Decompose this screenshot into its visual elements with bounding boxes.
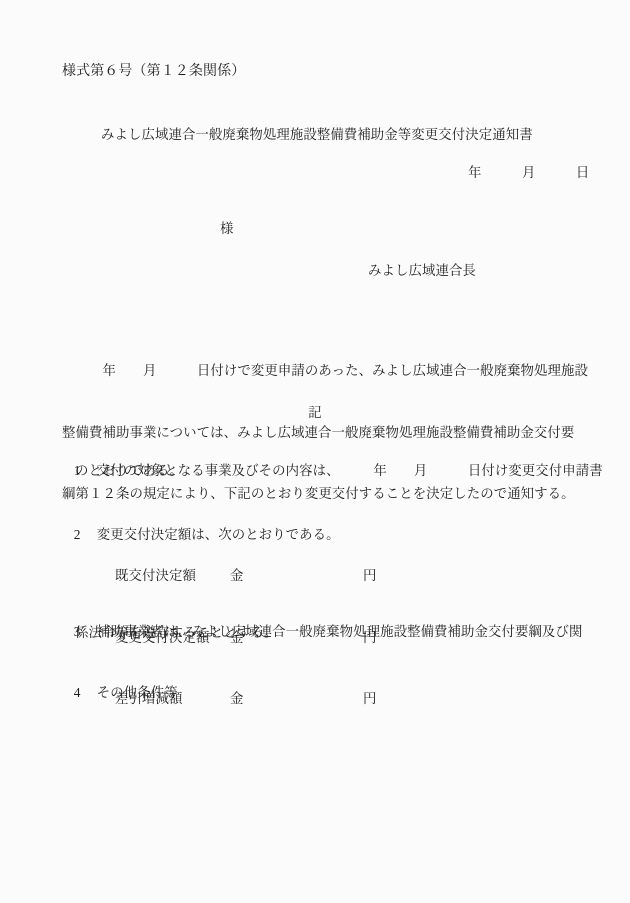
sender-title: みよし広域連合長: [368, 261, 476, 281]
document-page: 様式第６号（第１２条関係） みよし広域連合一般廃棄物処理施設整備費補助金等変更交…: [0, 0, 630, 903]
item-number: 4: [74, 683, 97, 703]
item-3-continuation: 係法令等を遵守することとする。: [75, 623, 277, 643]
amount-unit: 円: [363, 566, 377, 586]
form-number: 様式第６号（第１２条関係）: [62, 62, 245, 82]
amount-unit: 円: [363, 689, 377, 709]
document-title: みよし広域連合一般廃棄物処理施設整備費補助金等変更交付決定通知書: [101, 125, 533, 145]
item-text: その他条件等: [97, 685, 178, 700]
section-marker-ki: 記: [0, 403, 630, 423]
amount-row-existing-decision: 既交付決定額 金 円: [115, 566, 136, 588]
currency-prefix: 金: [230, 689, 244, 709]
item-number: 2: [74, 525, 97, 545]
body-line: 年 月 日付けで変更申請のあった、みよし広域連合一般廃棄物処理施設: [62, 361, 588, 382]
issue-date-blank: 年 月 日: [468, 163, 589, 183]
amount-label: 既交付決定額: [115, 566, 196, 586]
currency-prefix: 金: [230, 566, 244, 586]
item-4: 4その他条件等: [60, 663, 178, 723]
body-line: 整備費補助事業については、みよし広域連合一般廃棄物処理施設整備費補助金交付要: [62, 423, 588, 444]
item-2: 2変更交付決定額は、次のとおりである。: [60, 505, 340, 565]
recipient-honorific: 様: [220, 219, 234, 239]
item-1-continuation: のとおりである。: [75, 461, 183, 481]
